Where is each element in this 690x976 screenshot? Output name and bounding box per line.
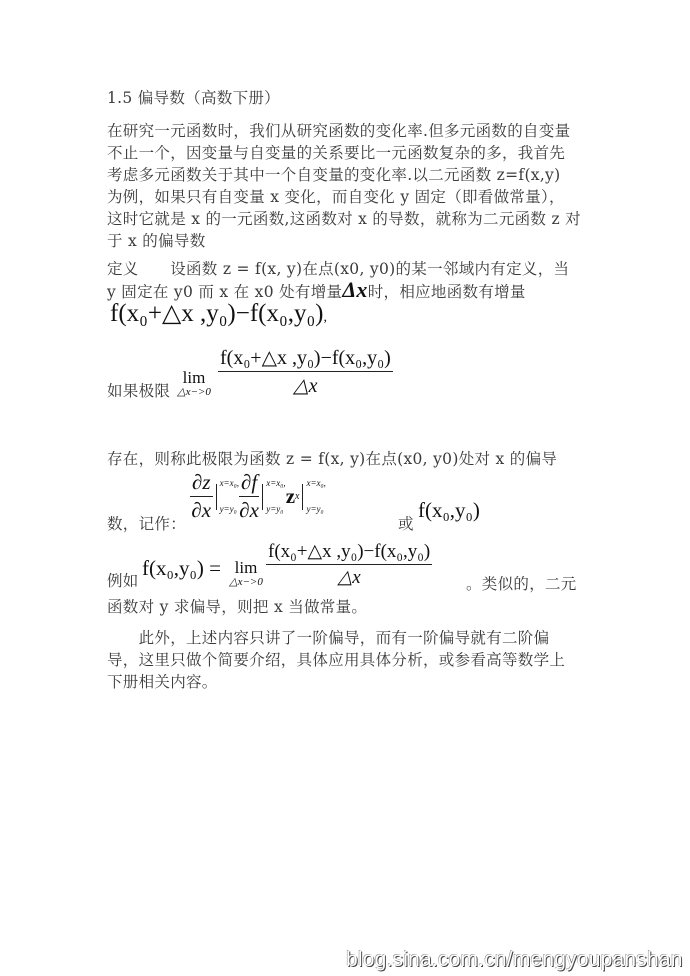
notation-formulas: ∂z ∂x x=x₀,y=y₀ ∂f ∂x x=x₀,y=y₀zxx=x₀,y=… — [190, 470, 326, 523]
watermark: blog.sina.com.cn/mengyoupanshan — [346, 948, 683, 972]
intro-line: 考虑多元函数关于其中一个自变量的变化率.以二元函数 z=f(x,y) — [107, 164, 560, 186]
partial-f: ∂f — [239, 470, 259, 497]
evaluation-condition: x=x₀,y=y₀ — [220, 470, 239, 522]
example-fraction: f(x₀+△x ,y₀)−f(x₀,y₀) △x — [266, 540, 432, 589]
section-title: 1.5 偏导数（高数下册） — [107, 87, 280, 109]
closing-line: 导，这里只做个简要介绍，具体应用具体分析，或参看高等数学上 — [107, 649, 565, 671]
partial-x: ∂x — [239, 497, 259, 523]
definition-text: 时，相应地函数有增量 — [368, 283, 526, 301]
partial-x: ∂x — [190, 497, 213, 523]
example-tail: 。类似的，二元 — [466, 573, 577, 595]
or-text: 或 — [398, 513, 414, 535]
z-symbol: z — [286, 484, 295, 508]
intro-line: 于 x 的偏导数 — [107, 230, 206, 252]
evaluation-bar — [216, 484, 217, 510]
evaluation-bar — [302, 484, 303, 510]
notation-label: 数，记作： — [107, 513, 186, 535]
example-limit-operator: lim △x−>0 — [226, 558, 266, 588]
increment-expression: f(x₀+△x ,y₀)−f(x₀,y₀) — [110, 300, 324, 327]
limit-operator: lim △x−>0 — [172, 368, 216, 398]
fraction-numerator: f(x₀+△x ,y₀)−f(x₀,y₀) — [218, 345, 393, 372]
closing-line: 下册相关内容。 — [107, 671, 218, 693]
evaluation-condition: x=x₀,y=y₀ — [266, 470, 285, 522]
example-lhs: f(x₀,y₀) = — [142, 556, 221, 581]
increment-comma: , — [324, 310, 328, 325]
evaluation-condition: x=x₀,y=y₀ — [306, 470, 325, 522]
evaluation-bar — [262, 484, 263, 510]
delta-x-symbol: Δx — [342, 277, 367, 302]
f-notation: f(x₀,y₀) — [418, 498, 480, 523]
intro-line: 这时它就是 x 的一元函数,这函数对 x 的导数，就称为二元函数 z 对 — [107, 208, 581, 230]
definition-line-1: 定义 设函数 z = f(x, y)在点(x0, y0)的某一邻域内有定义，当 — [107, 258, 569, 280]
limit-fraction: f(x₀+△x ,y₀)−f(x₀,y₀) △x — [218, 345, 393, 398]
intro-line: 不止一个，因变量与自变量的关系要比一元函数复杂的多，我首先 — [107, 142, 565, 164]
intro-line: 在研究一元函数时，我们从研究函数的变化率.但多元函数的自变量 — [107, 120, 570, 142]
example-line-2: 函数对 y 求偏导，则把 x 当做常量。 — [107, 596, 367, 618]
intro-line: 为例，如果只有自变量 x 变化，而自变化 y 固定（即看做常量）， — [107, 186, 565, 208]
exists-line: 存在，则称此极限为函数 z = f(x, y)在点(x0, y0)处对 x 的偏… — [107, 448, 557, 470]
lim-subscript: △x−>0 — [226, 575, 266, 588]
lim-subscript: △x−>0 — [172, 385, 216, 398]
partial-z: ∂z — [190, 470, 213, 497]
fraction-numerator: f(x₀+△x ,y₀)−f(x₀,y₀) — [266, 540, 432, 565]
fraction-denominator: △x — [266, 565, 432, 589]
fraction-denominator: △x — [218, 372, 393, 398]
increment-formula: f(x₀+△x ,y₀)−f(x₀,y₀), — [110, 298, 327, 328]
limit-label: 如果极限 — [107, 380, 170, 402]
example-label: 例如 — [107, 570, 139, 592]
z-subscript: x — [295, 491, 299, 502]
closing-line: 此外，上述内容只讲了一阶偏导，而有一阶偏导就有二阶偏 — [107, 627, 549, 649]
